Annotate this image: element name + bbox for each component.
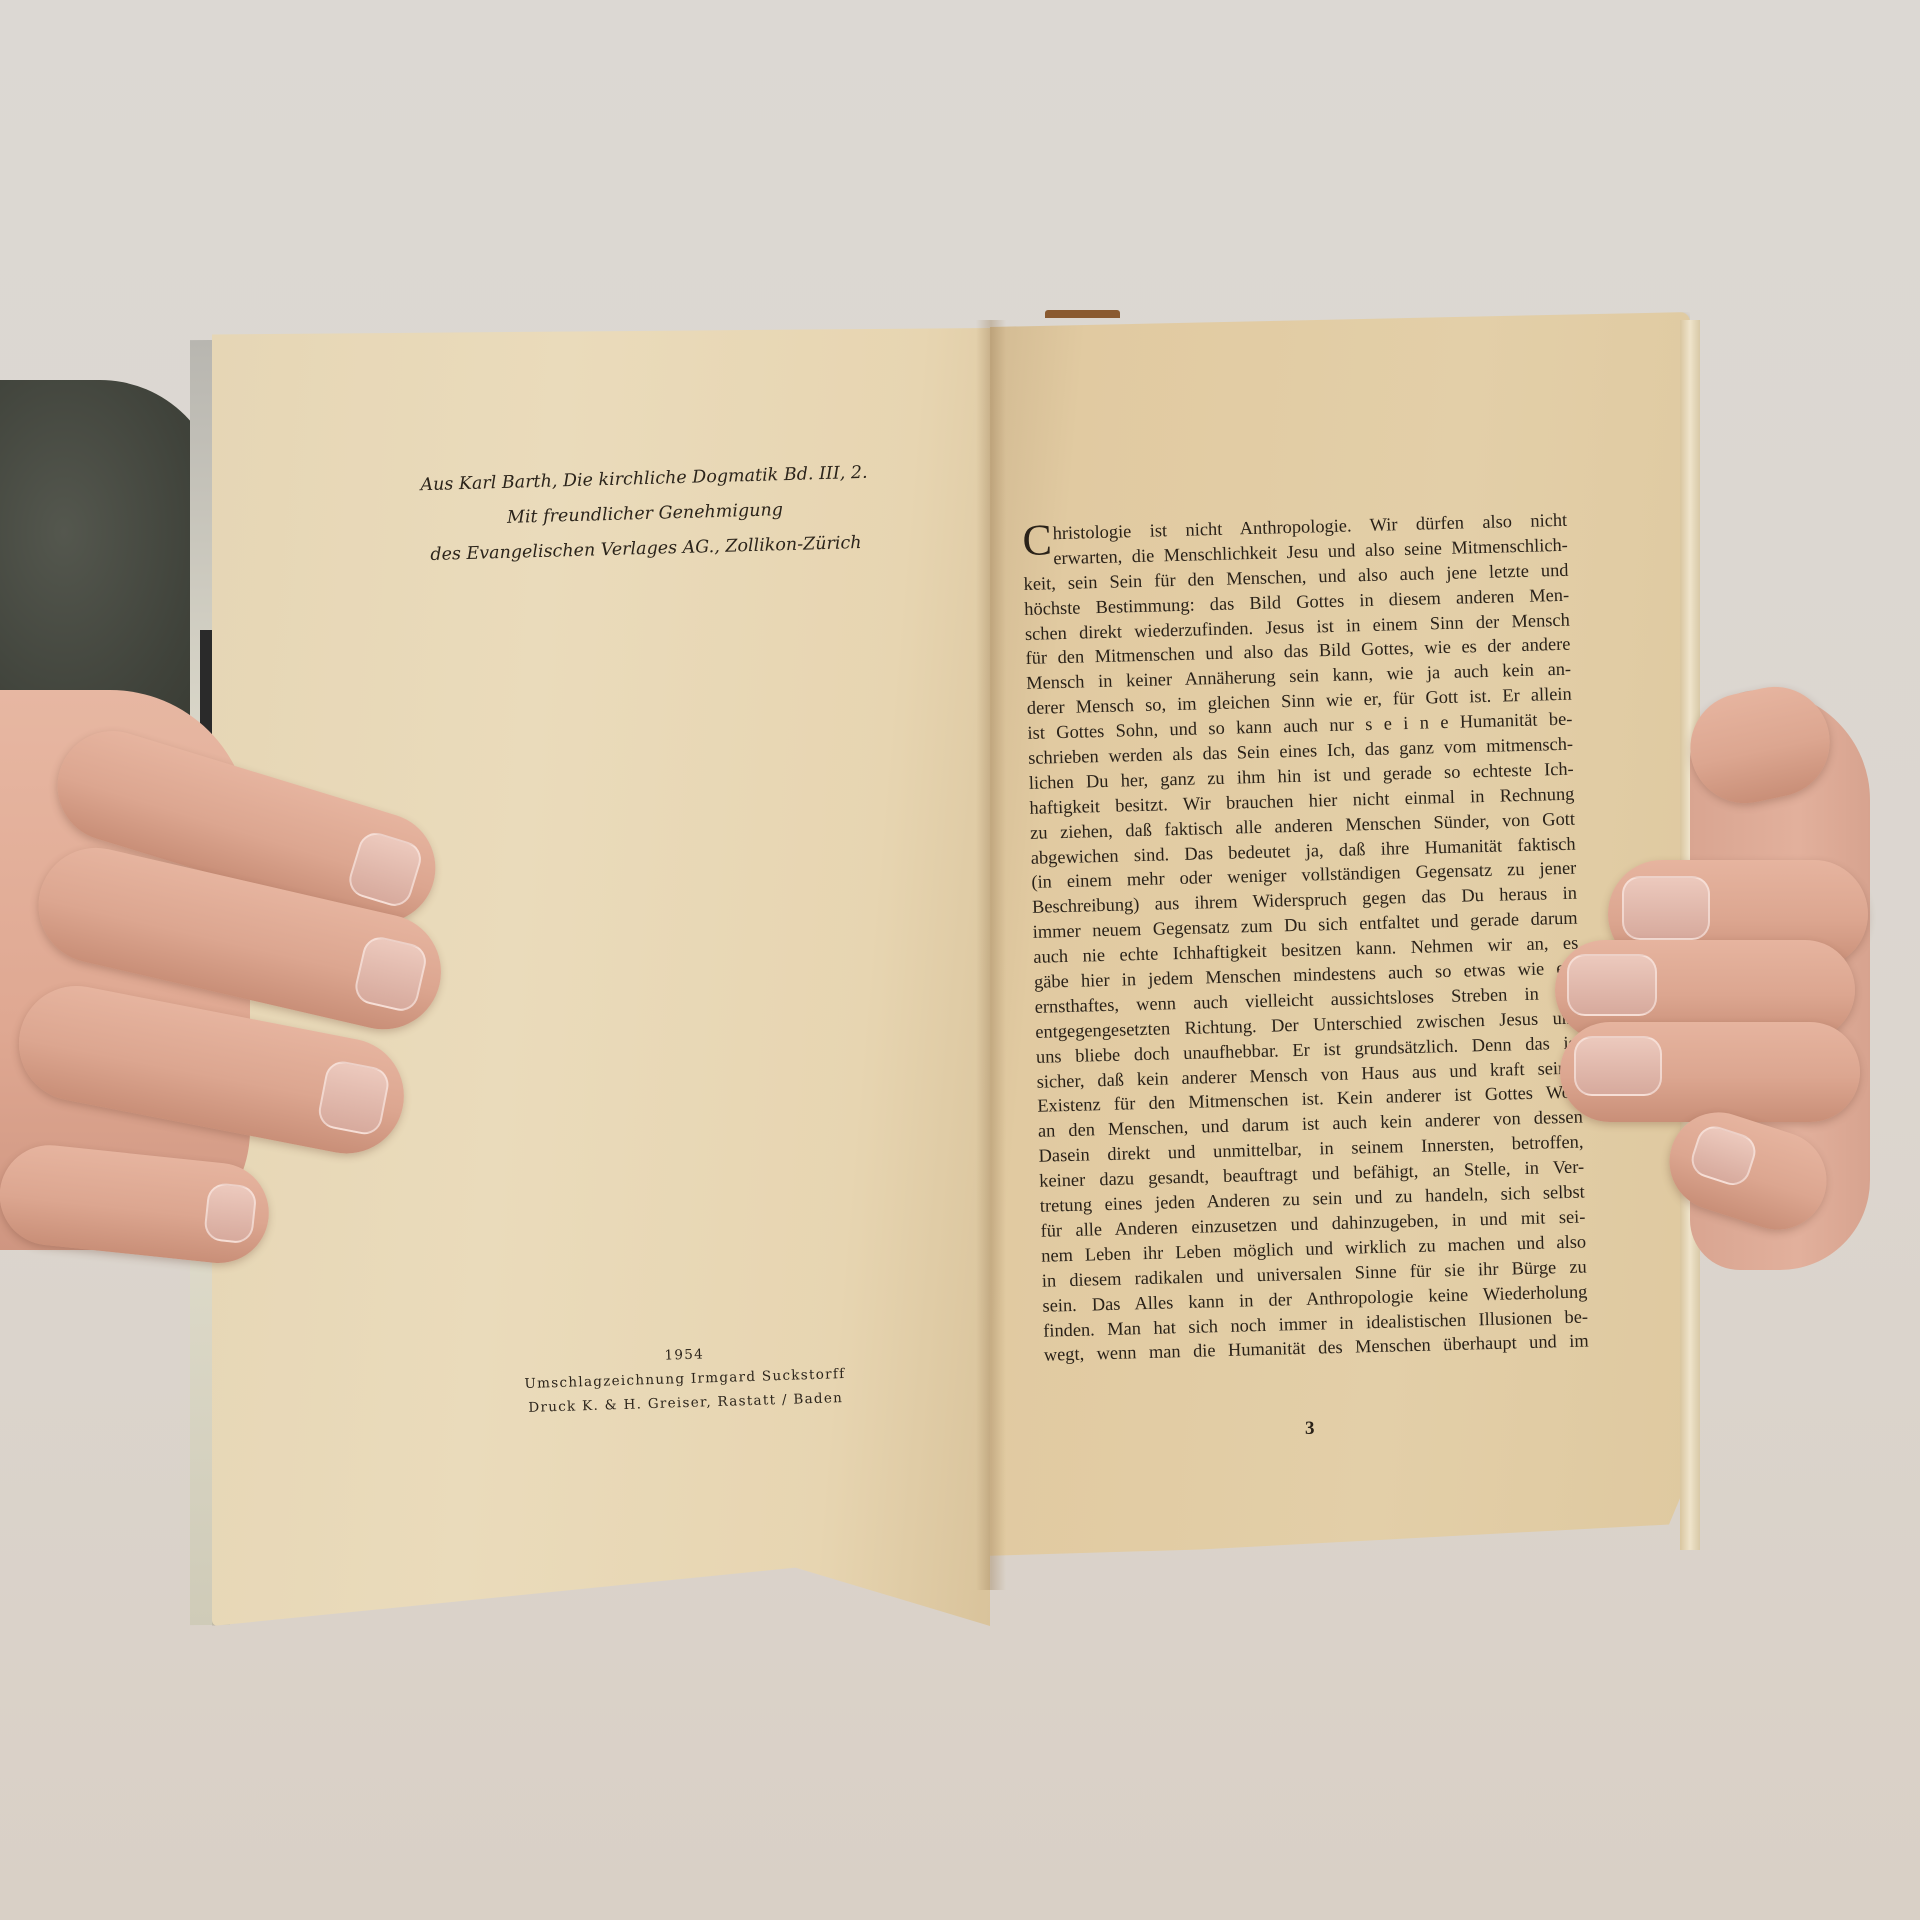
- fingernail: [345, 828, 426, 910]
- page-tab-marker: [1045, 310, 1120, 318]
- drop-cap: C: [1022, 521, 1052, 560]
- fingernail: [1574, 1036, 1662, 1096]
- colophon-source-note: Aus Karl Barth, Die kirchliche Dogmatik …: [409, 455, 882, 573]
- page-number: 3: [1305, 1418, 1315, 1440]
- fingernail: [316, 1058, 392, 1137]
- photo-scene: Aus Karl Barth, Die kirchliche Dogmatik …: [0, 0, 1920, 1920]
- body-text: C hristologie ist nicht Anthropologie. W…: [1022, 508, 1589, 1368]
- fingernail: [352, 934, 430, 1015]
- fingernail: [1687, 1122, 1760, 1190]
- fingernail: [1622, 876, 1710, 940]
- book-spine-gutter: [976, 320, 1006, 1590]
- fingernail: [203, 1182, 258, 1245]
- fingernail: [1567, 954, 1657, 1016]
- right-ring-finger: [1560, 1022, 1860, 1122]
- colophon-imprint: 1954 Umschlagzeichnung Irmgard Suckstorf…: [504, 1337, 866, 1420]
